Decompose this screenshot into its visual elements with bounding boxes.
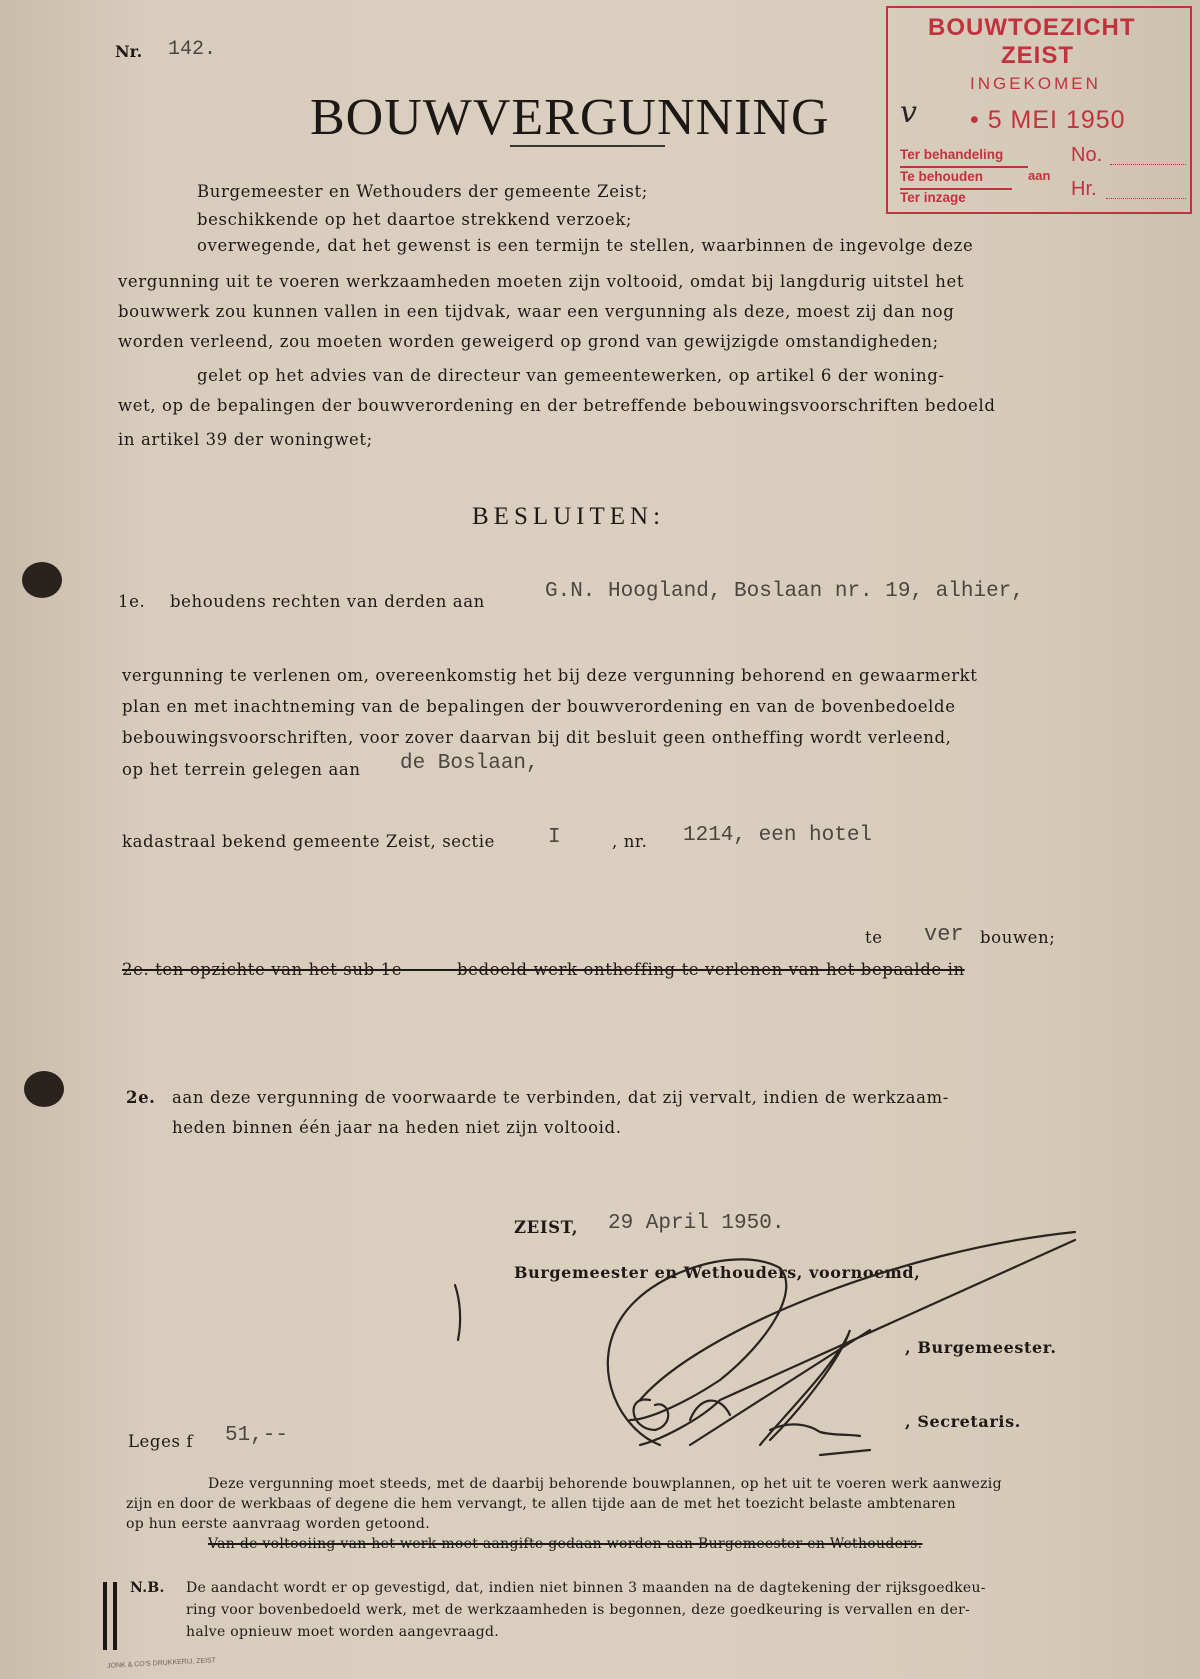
- preamble-line: Burgemeester en Wethouders der gemeente …: [197, 182, 648, 201]
- nb-line: halve opnieuw moet worden aangevraagd.: [186, 1624, 499, 1640]
- role-secretaris: , Secretaris.: [905, 1412, 1021, 1431]
- preamble-line: beschikkende op het daartoe strekkend ve…: [197, 210, 632, 229]
- stamp-no-label: No.: [1071, 144, 1102, 167]
- nb-line: ring voor bovenbedoeld werk, met de werk…: [186, 1602, 970, 1618]
- item2-line: heden binnen één jaar na heden niet zijn…: [172, 1118, 622, 1137]
- nb-label: N.B.: [130, 1580, 165, 1596]
- permit-number-label: Nr.: [115, 42, 142, 61]
- stamp-date: • 5 MEI 1950: [970, 106, 1126, 135]
- item1-body-line: vergunning te verlenen om, overeenkomsti…: [122, 666, 978, 685]
- stamp-no-field: [1110, 164, 1186, 165]
- struck-footer-note: Van de voltooiing van het werk moet aang…: [208, 1536, 922, 1552]
- signers-label: Burgemeester en Wethouders, voornoemd,: [514, 1263, 920, 1282]
- location-label: op het terrein gelegen aan: [122, 760, 361, 779]
- nb-marker-bars: [103, 1582, 117, 1650]
- footer-note-line: op hun eerste aanvraag worden getoond.: [126, 1516, 430, 1532]
- preamble-line: vergunning uit te voeren werkzaamheden m…: [118, 272, 964, 291]
- preamble-line: gelet op het advies van de directeur van…: [197, 366, 945, 385]
- item1-text: behoudens rechten van derden aan: [170, 592, 485, 611]
- fee-value: 51,--: [225, 1424, 288, 1447]
- bouwen-label: bouwen;: [980, 928, 1055, 947]
- struck-item: 2e. ten opzichte van het sub 1e ------- …: [122, 960, 965, 979]
- signature-date: 29 April 1950.: [608, 1212, 784, 1235]
- page-title: BOUWVERGUNNING: [310, 88, 830, 147]
- location-value: de Boslaan,: [400, 752, 539, 775]
- stamp-option: Te behouden: [900, 169, 983, 184]
- title-underline: [510, 145, 665, 147]
- stamp-aan: aan: [1028, 168, 1050, 183]
- stamp-hr-label: Hr.: [1071, 178, 1097, 201]
- preamble-line: in artikel 39 der woningwet;: [118, 430, 373, 449]
- stamp-rule: [900, 166, 1028, 168]
- applicant-name: G.N. Hoogland, Boslaan nr. 19, alhier,: [545, 580, 1024, 603]
- printer-credit: JONK & CO'S DRUKKERIJ, ZEIST: [107, 1657, 216, 1670]
- ver-value: ver: [924, 922, 964, 947]
- parcel-value: 1214, een hotel: [683, 824, 872, 847]
- stamp-line-3: INGEKOMEN: [970, 74, 1101, 94]
- preamble-line: bouwwerk zou kunnen vallen in een tijdva…: [118, 302, 954, 321]
- decision-heading: BESLUITEN:: [472, 503, 665, 531]
- stamp-option: Ter inzage: [900, 190, 966, 205]
- permit-document: Nr. 142. BOUWVERGUNNING v BOUWTOEZICHT Z…: [0, 0, 1200, 1679]
- footer-note-line: zijn en door de werkbaas of degene die h…: [126, 1496, 956, 1512]
- item1-body-line: plan en met inachtneming van de bepaling…: [122, 697, 956, 716]
- item1-prefix: 1e.: [118, 592, 145, 611]
- signature-place: ZEIST,: [514, 1218, 578, 1237]
- punch-hole-bottom: [24, 1071, 64, 1107]
- punch-hole-top: [22, 562, 62, 598]
- received-stamp: BOUWTOEZICHT ZEIST INGEKOMEN • 5 MEI 195…: [886, 6, 1192, 214]
- item2-line: aan deze vergunning de voorwaarde te ver…: [172, 1088, 949, 1107]
- stamp-line-2: ZEIST: [1001, 42, 1074, 70]
- stamp-line-1: BOUWTOEZICHT: [928, 14, 1136, 42]
- item2-prefix: 2e.: [126, 1088, 156, 1107]
- cadastral-label: kadastraal bekend gemeente Zeist, sectie: [122, 832, 495, 851]
- item1-body-line: bebouwingsvoorschriften, voor zover daar…: [122, 728, 951, 747]
- stamp-hr-field: [1106, 198, 1186, 199]
- preamble-line: overwegende, dat het gewenst is een term…: [197, 236, 973, 255]
- role-burgemeester: , Burgemeester.: [905, 1338, 1057, 1357]
- stamp-option: Ter behandeling: [900, 147, 1003, 162]
- te-label: te: [865, 928, 883, 947]
- preamble-line: worden verleend, zou moeten worden gewei…: [118, 332, 939, 351]
- permit-number-value: 142.: [168, 38, 216, 61]
- fee-label: Leges f: [128, 1432, 193, 1451]
- preamble-line: wet, op de bepalingen der bouwverordenin…: [118, 396, 996, 415]
- nb-line: De aandacht wordt er op gevestigd, dat, …: [186, 1580, 986, 1596]
- footer-note-line: Deze vergunning moet steeds, met de daar…: [208, 1476, 1002, 1492]
- parcel-nr-label: , nr.: [612, 832, 647, 851]
- section-value: I: [548, 826, 561, 849]
